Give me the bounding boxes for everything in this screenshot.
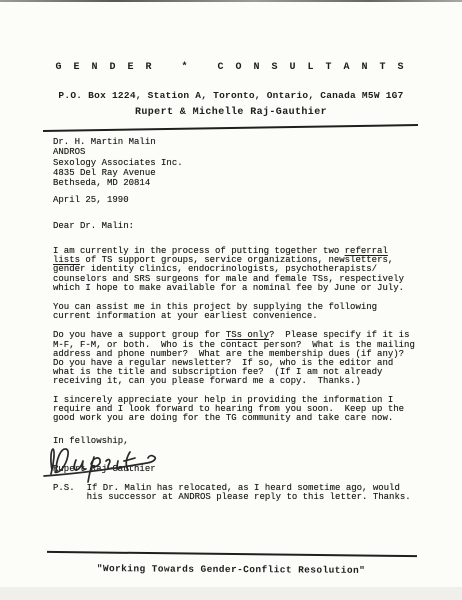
scan-top-edge (0, 0, 462, 2)
text-line: Sexology Associates Inc. (53, 158, 433, 168)
principals-line: Rupert & Michelle Raj-Gauthier (0, 107, 462, 118)
postscript: P.S. If Dr. Malin has relocated, as I he… (53, 484, 433, 502)
paragraph-3: Do you have a support group for TSs only… (53, 331, 433, 386)
footer-rule (47, 551, 417, 557)
text-line: ANDROS (53, 147, 433, 157)
handwritten-signature (42, 441, 192, 485)
paragraph-1: I am currently in the process of putting… (53, 247, 433, 293)
scan-bottom-edge (0, 587, 462, 600)
footer-motto: "Working Towards Gender-Conflict Resolut… (0, 562, 462, 576)
paragraph-2: You can assist me in this project by sup… (53, 303, 433, 321)
text-line: his successor at ANDROS please reply to … (87, 493, 411, 502)
company-name: G E N D E R * C O N S U L T A N T S (0, 62, 462, 73)
text-line: receiving it, can you please forward me … (53, 377, 433, 386)
letter-page: G E N D E R * C O N S U L T A N T S P.O.… (0, 0, 462, 600)
text-line: Dr. H. Martin Malin (53, 137, 433, 147)
text-line: which I hope to make available for a nom… (53, 284, 433, 293)
recipient-address: Dr. H. Martin MalinANDROSSexology Associ… (53, 137, 433, 188)
postscript-text: If Dr. Malin has relocated, as I heard s… (87, 484, 411, 502)
text-line: good work you are doing for the TG commu… (53, 414, 433, 423)
text-line: 4835 Del Ray Avenue (53, 168, 433, 178)
company-address: P.O. Box 1224, Station A, Toronto, Ontar… (0, 90, 462, 101)
header-rule (43, 124, 418, 132)
date-line: April 25, 1990 (53, 196, 433, 205)
text-line: Bethseda, MD 20814 (53, 178, 433, 188)
text-line: current information at your earliest con… (53, 312, 433, 321)
salutation: Dear Dr. Malin: (53, 222, 433, 231)
paragraph-4: I sincerely appreciate your help in prov… (53, 396, 433, 424)
